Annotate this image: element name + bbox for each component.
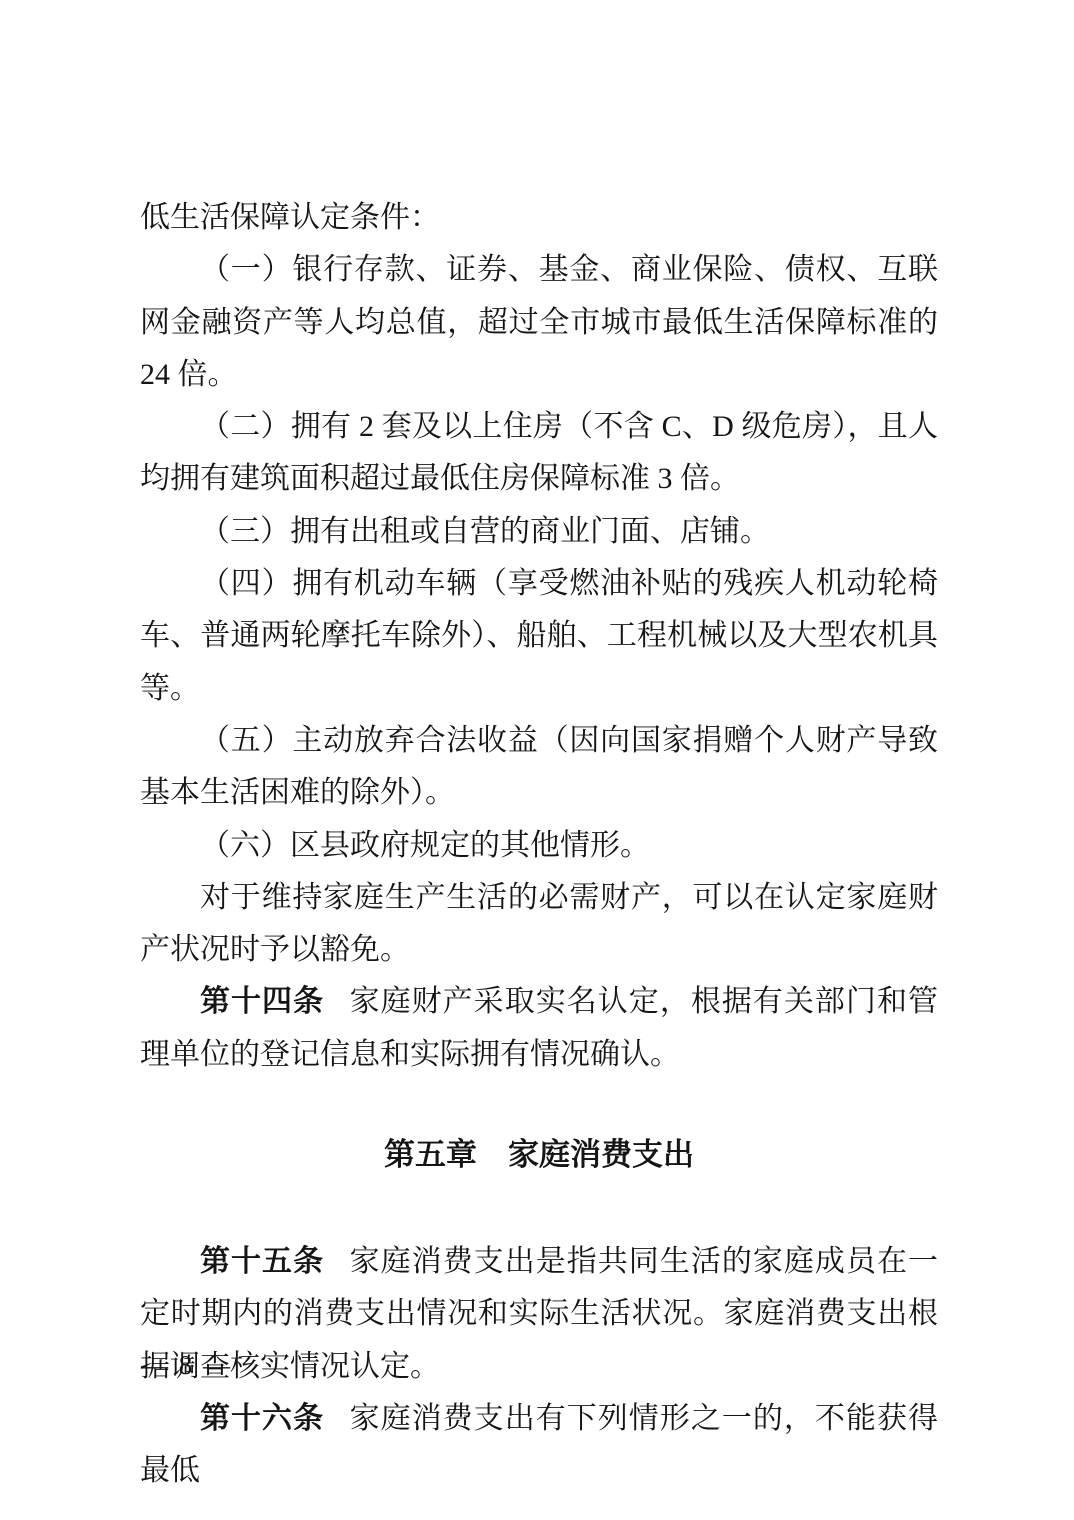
paragraph-exemption: 对于维持家庭生产生活的必需财产，可以在认定家庭财产状况时予以豁免。 <box>140 872 938 977</box>
article-16-number: 第十六条 <box>200 1402 324 1435</box>
chapter-title: 家庭消费支出 <box>508 1137 694 1172</box>
paragraph-item-5: （五）主动放弃合法收益（因向国家捐赠个人财产导致基本生活困难的除外）。 <box>140 715 938 820</box>
paragraph-item-6: （六）区县政府规定的其他情形。 <box>140 820 938 872</box>
paragraph-item-1: （一）银行存款、证券、基金、商业保险、债权、互联网金融资产等人均总值，超过全市城… <box>140 244 938 401</box>
paragraph-article-16: 第十六条家庭消费支出有下列情形之一的，不能获得最低 <box>140 1393 938 1498</box>
document-body: 低生活保障认定条件： （一）银行存款、证券、基金、商业保险、债权、互联网金融资产… <box>140 192 938 1498</box>
paragraph-item-2: （二）拥有 2 套及以上住房（不含 C、D 级危房），且人均拥有建筑面积超过最低… <box>140 401 938 506</box>
chapter-heading: 第五章家庭消费支出 <box>140 1129 938 1181</box>
document-page: 低生活保障认定条件： （一）银行存款、证券、基金、商业保险、债权、互联网金融资产… <box>0 0 1074 1520</box>
paragraph-continuation: 低生活保障认定条件： <box>140 192 938 244</box>
article-15-number: 第十五条 <box>200 1245 324 1278</box>
paragraph-article-14: 第十四条家庭财产采取实名认定，根据有关部门和管理单位的登记信息和实际拥有情况确认… <box>140 976 938 1081</box>
paragraph-item-4: （四）拥有机动车辆（享受燃油补贴的残疾人机动轮椅车、普通两轮摩托车除外）、船舶、… <box>140 558 938 715</box>
page-number: — 8 — <box>141 1350 232 1381</box>
paragraph-item-3: （三）拥有出租或自营的商业门面、店铺。 <box>140 506 938 558</box>
chapter-number: 第五章 <box>384 1137 477 1172</box>
article-14-number: 第十四条 <box>200 985 324 1018</box>
paragraph-article-15: 第十五条家庭消费支出是指共同生活的家庭成员在一定时期内的消费支出情况和实际生活状… <box>140 1236 938 1393</box>
